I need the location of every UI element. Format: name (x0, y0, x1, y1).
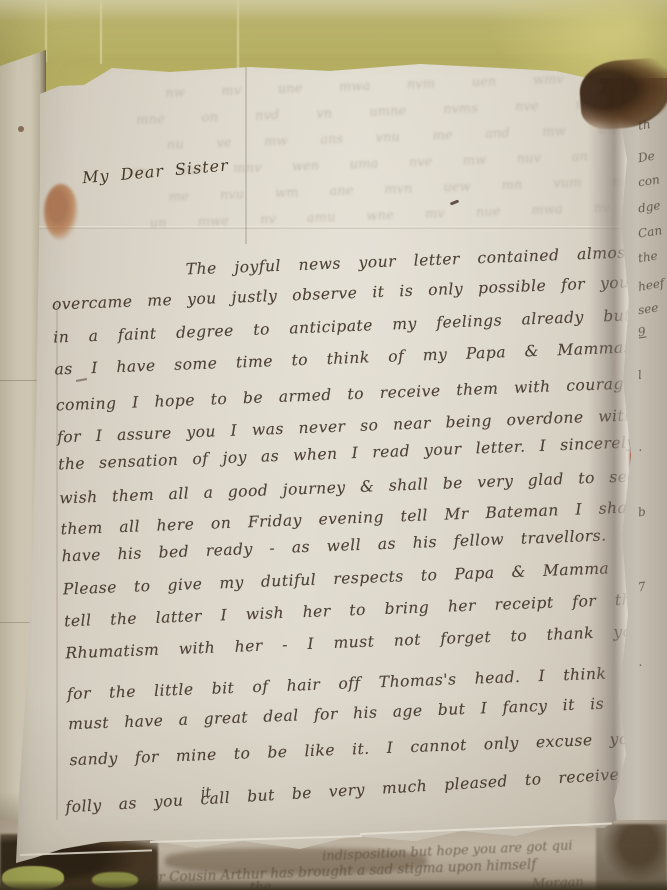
bleedthrough-line: me nvu wm ane mvn uew mn vum ne (169, 174, 629, 205)
bleedthrough-line: un mwe nv amu wne mv nue mwa nv (150, 201, 610, 232)
bleedthrough-line: mne on nvd vn umne nvms nve ma (136, 97, 596, 128)
letter-line: folly as you call but be very much pleas… (65, 764, 655, 816)
letter-line: Rhumatism with her - I must not forget t… (65, 623, 643, 662)
bleedthrough-line: nu ve mw ans vnu me and mw ume (167, 122, 627, 153)
rust-stain (44, 184, 78, 240)
text-fragment: l (637, 368, 643, 382)
text-fragment: the (637, 249, 659, 266)
bleedthrough-line: nw mv une mwa nvm uen wmv nue (165, 70, 625, 101)
text-fragment: 9 (637, 324, 647, 339)
text-fragment: Can (637, 223, 663, 241)
text-fragment: heef (637, 276, 665, 294)
letter-line: The joyful news your letter contained al… (185, 244, 632, 278)
letter-line: overcame me you justly observe it is onl… (52, 274, 630, 313)
text-fragment: 7 (637, 579, 647, 594)
torn-edge-shadow (165, 848, 427, 874)
letter-line: as I have some time to think of my Papa … (54, 339, 632, 378)
text-fragment: . (637, 655, 643, 669)
backdrop-crease (237, 0, 239, 70)
text-fragment: see (637, 300, 659, 317)
foxing-spot (18, 126, 24, 132)
edge-shadow (0, 880, 667, 890)
text-fragment: . (637, 440, 643, 454)
inserted-word: it (200, 785, 211, 802)
letter-body: The joyful news your letter contained al… (40, 229, 663, 852)
letter-page: nw mv une mwa nvm uen wmv nue mne on nvd… (0, 0, 667, 890)
bleedthrough-text: nw mv une mwa nvm uen wmv nue mne on nvd… (165, 70, 632, 246)
text-fragment: De (637, 149, 656, 165)
backdrop-crease (100, 0, 102, 64)
letter-line: sandy for mine to be like it. I cannot o… (69, 730, 647, 769)
photograph-of-handwritten-letter: S th De con dge Can the heef see 9 l . b… (0, 0, 667, 890)
text-fragment: con (637, 172, 661, 189)
text-fragment: dge (637, 198, 661, 215)
text-fragment: b (637, 504, 647, 519)
